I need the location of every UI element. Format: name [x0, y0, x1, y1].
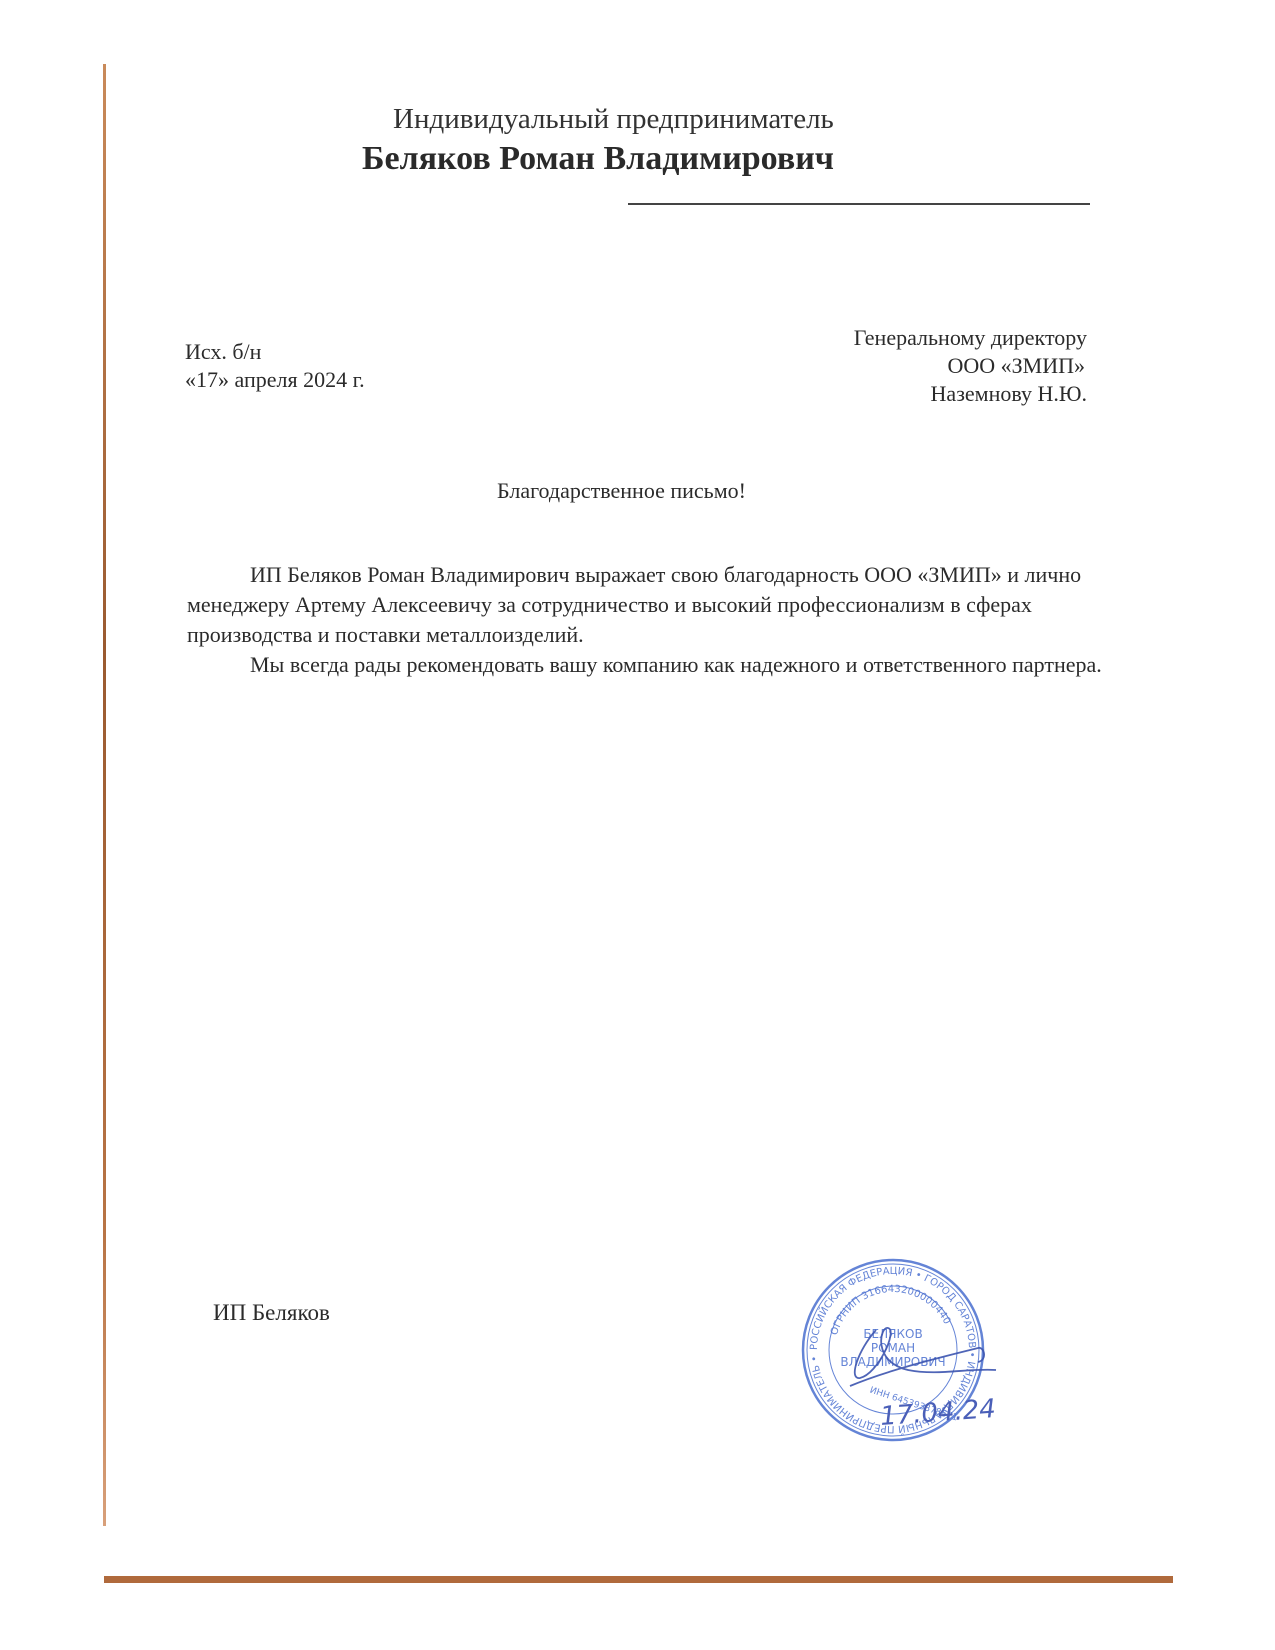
body-paragraph: Мы всегда рады рекомендовать вашу компан…: [187, 650, 1117, 680]
header-name: Беляков Роман Владимирович: [362, 140, 834, 178]
body-paragraph: ИП Беляков Роман Владимирович выражает с…: [187, 560, 1117, 650]
header-subtitle: Индивидуальный предприниматель: [393, 103, 834, 136]
letter-body: ИП Беляков Роман Владимирович выражает с…: [187, 560, 1117, 680]
reference-number: Исх. б/н: [185, 338, 365, 366]
reference-block: Исх. б/н «17» апреля 2024 г.: [185, 338, 365, 394]
letter-title: Благодарственное письмо!: [497, 478, 746, 504]
addressee-block: Генеральному директору ООО «ЗМИП» Наземн…: [854, 324, 1087, 408]
header-divider: [628, 203, 1090, 205]
reference-date: «17» апреля 2024 г.: [185, 366, 365, 394]
page-edge-left: [103, 64, 106, 1526]
svg-text:РОМАН: РОМАН: [871, 1341, 915, 1355]
page-edge-bottom: [104, 1576, 1173, 1583]
addressee-line: Генеральному директору: [854, 324, 1087, 352]
addressee-line: ООО «ЗМИП»: [854, 352, 1087, 380]
addressee-line: Наземнову Н.Ю.: [854, 380, 1087, 408]
signature-label: ИП Беляков: [213, 1300, 330, 1326]
